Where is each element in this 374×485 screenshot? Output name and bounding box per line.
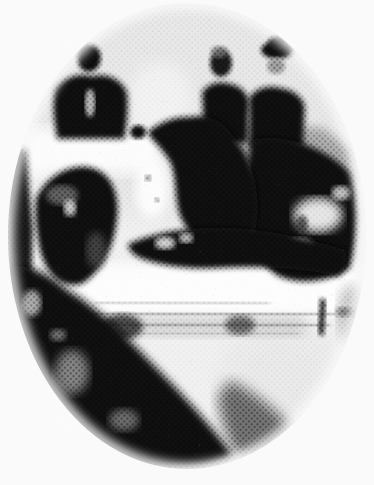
top-edge-speck bbox=[91, 6, 97, 12]
historical-photograph bbox=[0, 0, 374, 485]
photo-stage bbox=[0, 0, 374, 485]
